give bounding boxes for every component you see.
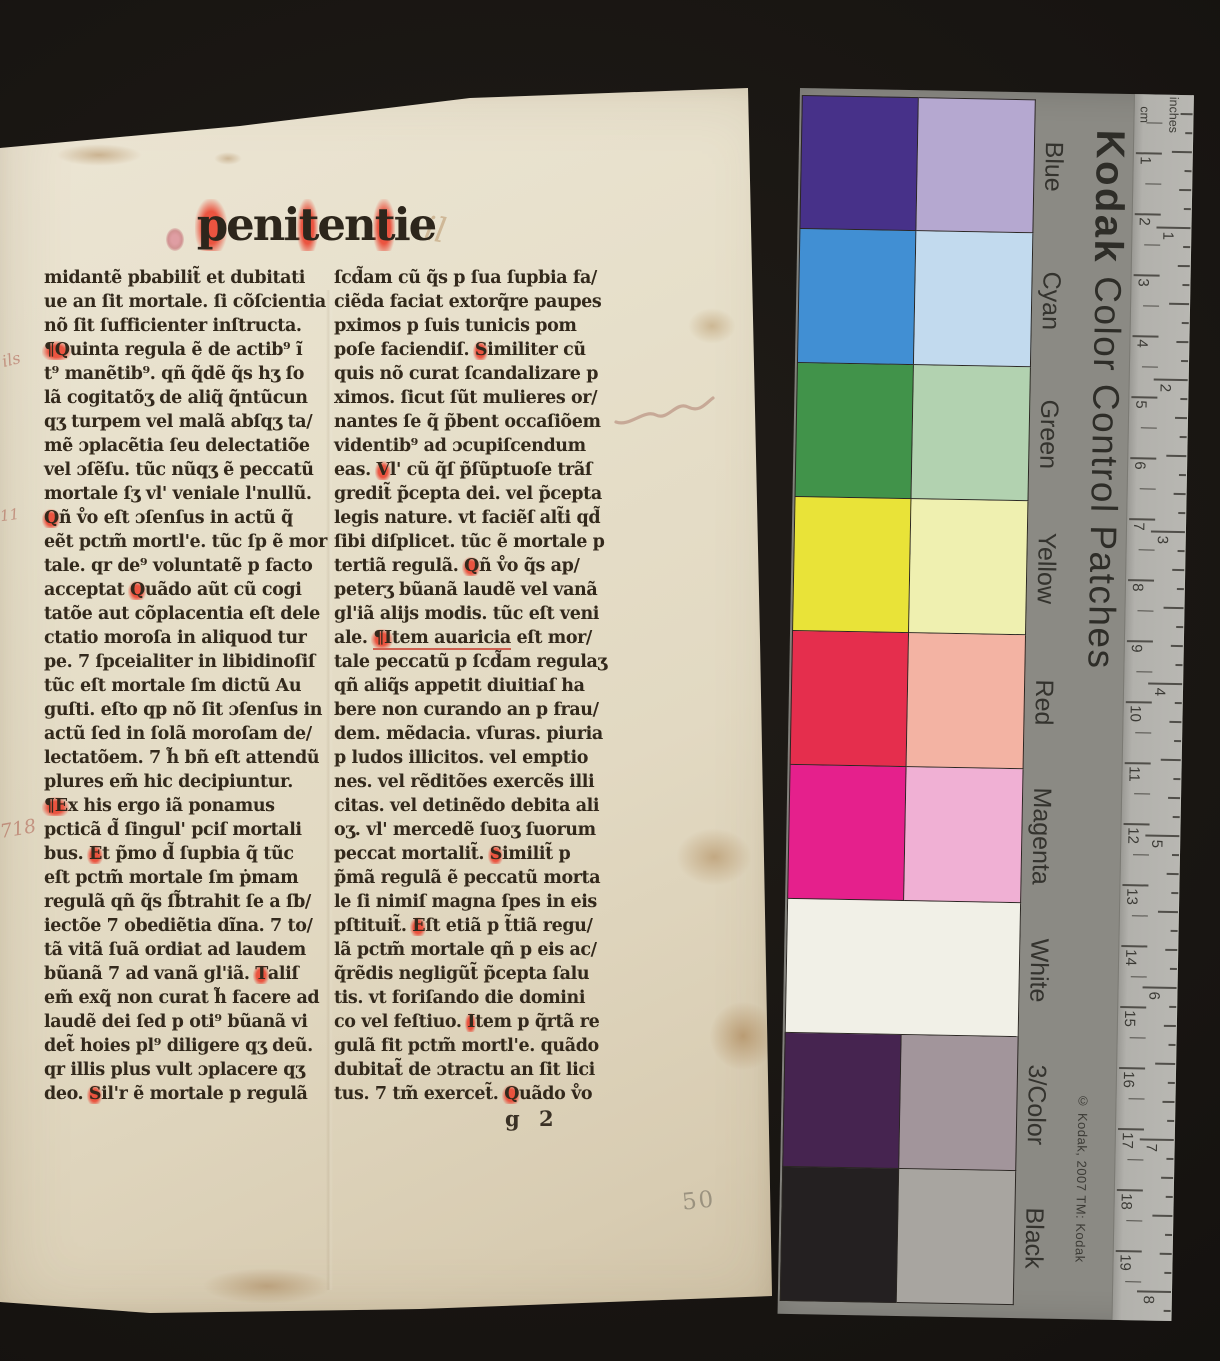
- ruler-tick: [1165, 1234, 1172, 1236]
- cm-unit-label: cm: [1137, 106, 1151, 123]
- patch-label: Blue: [1037, 99, 1068, 234]
- ruler-tick: [1120, 1006, 1146, 1008]
- inches-unit-label: inches: [1166, 97, 1181, 133]
- ruler-tick: [1126, 1220, 1142, 1222]
- ruler-tick: [1154, 379, 1188, 381]
- ruler-number-inch: 2: [1156, 384, 1173, 393]
- text-line: pe. 7 ſpceialiter in libidinoſiſ: [44, 652, 338, 676]
- text-line: midantẽ pbabilit̃ et dubitati: [44, 268, 338, 292]
- text-line: videntib⁹ ad ɔcupiſcendum: [334, 436, 628, 460]
- patch-label: Cyan: [1035, 233, 1066, 368]
- ruler-tick: [1180, 436, 1187, 438]
- text-seg: Q: [44, 508, 59, 528]
- color-patch-magenta-full: [787, 765, 906, 901]
- red-ink-blot: [166, 228, 184, 251]
- text-line: mortale ſʒ vl' veniale l'nullũ.: [44, 484, 338, 508]
- ruler-number-cm: 10: [1126, 705, 1143, 722]
- ruler-tick: [1166, 455, 1186, 457]
- text-line: tis. vt foriſando die domini: [334, 988, 628, 1012]
- ruler-tick: [1134, 274, 1160, 276]
- ruler-tick: [1130, 1037, 1146, 1039]
- text-seg: il'r ẽ mortale p regulã: [101, 1084, 307, 1104]
- ruler-tick: [1124, 823, 1150, 825]
- manuscript-page: il penitentie midantẽ pbabilit̃ et dubit…: [0, 80, 786, 1320]
- ruler-tick: [1158, 911, 1178, 913]
- ruler-number-cm: 7: [1130, 522, 1147, 531]
- text-line: eẽt pctm̃ mortl'e. tũc ſp ẽ mor: [44, 532, 338, 556]
- text-line: regulã qñ q̃s ſb̃trahit ſe a ſb/: [44, 892, 338, 916]
- text-line: eas. Vl' cũ q̃ſ p̃ſũptuoſe trãſ: [334, 460, 628, 484]
- text-line: pcticã d̃ ſingul' pciſ mortali: [44, 820, 338, 844]
- text-seg: ſt etiã p t̃tiã regu/: [425, 916, 592, 936]
- color-patch-yellow-tint: [909, 499, 1028, 635]
- ruler-tick: [1176, 626, 1183, 628]
- text-seg: T: [255, 964, 268, 984]
- ruler-number-cm: 16: [1120, 1071, 1137, 1088]
- text-line: tertiã regulã. Qñ v̊o q̃s ap/: [334, 556, 628, 580]
- ruler-tick: [1127, 1159, 1143, 1161]
- ruler-tick: [1139, 549, 1155, 551]
- kodak-color-card: BlueCyanGreenYellowRedMagentaWhite3/Colo…: [778, 88, 1194, 1321]
- ruler-tick: [1131, 396, 1157, 398]
- ruler-number-inch: 4: [1151, 688, 1168, 697]
- ruler-tick: [1174, 740, 1181, 742]
- ruler-tick: [1167, 1120, 1174, 1122]
- ruler-tick: [1152, 1215, 1172, 1217]
- text-line: gredit̃ p̃cepta dei. vel p̃cepta: [334, 484, 628, 508]
- ruler-tick: [1172, 569, 1184, 571]
- text-line: p̃mã regulã ẽ peccatũ morta: [334, 868, 628, 892]
- text-line: nes. vel rẽditões exercẽs illi: [334, 772, 628, 796]
- ruler-tick: [1137, 1290, 1171, 1292]
- text-line: qʒ turpem vel malã abſqʒ ta/: [44, 412, 338, 436]
- ruler-tick: [1181, 113, 1193, 115]
- text-seg: pſtituit̃.: [334, 916, 412, 936]
- text-line: plures em̃ hic decipiuntur.: [44, 772, 338, 796]
- text-seg: Q: [464, 556, 479, 576]
- patch-grid: [780, 95, 1036, 1305]
- text-seg: imilit̃ p: [502, 844, 570, 864]
- ruler-tick: [1141, 427, 1157, 429]
- ruler-tick: [1172, 151, 1192, 153]
- text-line: dubitat̃ de ɔtractu an ſit lici: [334, 1060, 628, 1084]
- ruler-tick: [1164, 1272, 1171, 1274]
- ruler-tick: [1175, 664, 1182, 666]
- paper-stain: [56, 144, 142, 166]
- text-seg: aliſ: [268, 964, 299, 984]
- ruler-number-cm: 13: [1123, 888, 1140, 905]
- text-line: peterʒ bũanã laudẽ vel vanã: [334, 580, 628, 604]
- text-seg: eas.: [334, 460, 377, 480]
- text-line: iectõe 7 obediẽtia dĩna. 7 to/: [44, 916, 338, 940]
- text-line: ale. ¶Item auaricia eſt mor/: [334, 628, 628, 652]
- text-seg: imiliter cũ: [487, 340, 586, 360]
- margin-ink-mark: 11: [0, 505, 20, 525]
- color-patch-yellow-full: [792, 497, 911, 633]
- ruler-tick: [1182, 284, 1189, 286]
- patch-row: [785, 899, 1021, 1037]
- paper-stain: [202, 1268, 332, 1304]
- running-title-penitentie: penitentie: [196, 198, 436, 251]
- text-line: dem. mẽdacia. vſuras. piuria: [334, 724, 628, 748]
- ruler-tick: [1169, 303, 1189, 305]
- ruler-tick: [1171, 892, 1178, 894]
- color-patch-black-tint: [897, 1169, 1016, 1305]
- ruler-number-inch: 1: [1159, 232, 1176, 241]
- ruler-tick: [1179, 189, 1191, 191]
- ruler-tick: [1173, 816, 1180, 818]
- text-line: nantes ſe q̃ p̃bent occaſiõem: [334, 412, 628, 436]
- color-patch-black-full: [780, 1167, 899, 1303]
- text-seg: bus.: [44, 844, 89, 864]
- ruler-number-cm: 9: [1128, 644, 1145, 653]
- ruler-number-cm: 17: [1119, 1132, 1136, 1149]
- patch-row: [795, 363, 1031, 501]
- ruler-tick: [1125, 1281, 1141, 1283]
- color-patch-red-tint: [907, 633, 1026, 769]
- ruler-number-cm: 3: [1134, 278, 1151, 287]
- patch-label: Black: [1018, 1171, 1049, 1306]
- ruler-number-cm: 5: [1132, 400, 1149, 409]
- ruler-tick: [1184, 208, 1191, 210]
- text-line: bus. Et p̃mo d̃ ſupbia q̃ tũc: [44, 844, 338, 868]
- text-line: ſibi diſplicet. tũc ẽ mortale p: [334, 532, 628, 556]
- ruler-tick: [1165, 949, 1177, 951]
- text-seg: t: [375, 198, 394, 251]
- patch-row: [790, 631, 1026, 769]
- copyright-notice: © Kodak, 2007 TM: Kodak: [1073, 1093, 1091, 1263]
- text-seg: eſt mor/: [511, 628, 592, 648]
- ruler-tick: [1175, 702, 1182, 704]
- ruler-number-cm: 15: [1121, 1010, 1138, 1027]
- margin-ink-mark: ils: [0, 348, 22, 371]
- text-line: tale peccatũ p ſcd̃am regulaʒ: [334, 652, 628, 676]
- text-seg: l' cũ q̃ſ p̃ſũptuoſe trãſ: [390, 460, 592, 480]
- text-seg: ale.: [334, 628, 373, 648]
- ruler-tick: [1148, 682, 1182, 684]
- ruler-number-inch: 7: [1143, 1143, 1160, 1152]
- ruler-tick: [1156, 227, 1190, 229]
- ruler-tick: [1144, 244, 1160, 246]
- text-seg: E: [89, 844, 102, 864]
- text-seg: V: [377, 460, 390, 480]
- text-line: lectatõem. 7 h̃ bñ eſt attendũ: [44, 748, 338, 772]
- ruler-tick: [1136, 152, 1162, 154]
- ruler-number-cm: 11: [1125, 766, 1142, 782]
- ruler-tick: [1171, 930, 1178, 932]
- text-line: eſt pctm̃ mortale ſm ṗmam: [44, 868, 338, 892]
- text-line: tatõe aut cõplacentia eſt dele: [44, 604, 338, 628]
- ruler-tick: [1180, 398, 1187, 400]
- quire-signature: g 2: [505, 1106, 560, 1131]
- text-line: pſtituit̃. Eſt etiã p t̃tiã regu/: [334, 916, 628, 940]
- kodak-logo: Kodak: [1086, 129, 1132, 265]
- paper-stain: [676, 828, 752, 886]
- paper-stain: [688, 308, 736, 344]
- ruler-tick: [1129, 518, 1155, 520]
- color-patch-red-full: [790, 631, 909, 767]
- text-seg: p: [197, 198, 226, 251]
- text-line: mẽ ɔplacẽtia ſeu delectatiõe: [44, 436, 338, 460]
- ink-squiggle-drawing: [614, 394, 716, 432]
- ruler-tick: [1146, 122, 1162, 124]
- margin-ink-mark: 718: [0, 815, 38, 843]
- ruler-tick: [1161, 1177, 1173, 1179]
- text-line: nõ ſit ſufficienter inſtructa.: [44, 316, 338, 340]
- text-seg: deo.: [44, 1084, 89, 1104]
- text-line: quis nõ curat ſcandalizare p: [334, 364, 628, 388]
- pencil-number: 50: [681, 1186, 717, 1215]
- text-seg: ¶E: [44, 796, 68, 816]
- text-line: gulã fit pctm̃ mortl'e. quãdo: [334, 1036, 628, 1060]
- ruler-tick: [1166, 1158, 1173, 1160]
- color-patch-blue-tint: [916, 97, 1035, 233]
- text-line: tale. qr de⁹ voluntatẽ p facto: [44, 556, 338, 580]
- text-line: gl'iã alijs modis. tũc eſt veni: [334, 604, 628, 628]
- ruler-tick: [1151, 531, 1185, 533]
- ruler-tick: [1140, 1138, 1174, 1140]
- color-patch-cyan-tint: [914, 231, 1033, 367]
- text-line: citas. vel detinẽdo debita ali: [334, 796, 628, 820]
- ruler-tick: [1140, 488, 1156, 490]
- ruler-number-cm: 4: [1133, 339, 1150, 348]
- text-line: det̃ hoies pl⁹ diligere qʒ deũ.: [44, 1036, 338, 1060]
- ruler-tick: [1183, 246, 1190, 248]
- text-line: em̃ exq̃ non curat h̃ facere ad: [44, 988, 338, 1012]
- ruler-tick: [1169, 1006, 1176, 1008]
- text-seg: ¶Q: [44, 340, 70, 360]
- ruler-tick: [1174, 493, 1186, 495]
- patch-label: White: [1023, 903, 1054, 1038]
- ruler-tick: [1135, 213, 1161, 215]
- text-seg: uãdo aũt cũ cogi: [145, 580, 302, 600]
- text-line: legis nature. vt faciẽſ alt̃i qd̃: [334, 508, 628, 532]
- patch-row: [787, 765, 1023, 903]
- ruler-number-cm: 18: [1117, 1193, 1134, 1210]
- ruler-tick: [1185, 132, 1192, 134]
- ruler-tick: [1182, 322, 1189, 324]
- ruler-tick: [1178, 550, 1185, 552]
- text-line: tã vitã ſuã ordiat ad laudem: [44, 940, 338, 964]
- card-title-rest: Color Control Patches: [1080, 264, 1128, 670]
- ruler-tick: [1166, 1196, 1173, 1198]
- text-seg: eni: [226, 198, 298, 251]
- ruler-tick: [1130, 457, 1156, 459]
- text-line: vel ɔſẽſu. tũc nũqʒ ẽ peccatũ: [44, 460, 338, 484]
- color-patch-white: [785, 899, 1021, 1037]
- text-line: pximos p ſuis tunicis pom: [334, 316, 628, 340]
- ruler-tick: [1177, 588, 1184, 590]
- patch-row: [797, 229, 1033, 367]
- text-seg: I: [467, 1012, 475, 1032]
- color-patch-green-tint: [911, 365, 1030, 501]
- text-line: deo. Sil'r ẽ mortale p regulã: [44, 1084, 338, 1108]
- column-right: ſcd̃am cũ q̃s p ſua ſupbia fa/ciẽda faci…: [334, 268, 628, 1108]
- ruler-number-cm: 1: [1137, 156, 1154, 165]
- ruler-tick: [1164, 607, 1184, 609]
- paper-stain: [710, 1002, 776, 1070]
- text-line: bũanã 7 ad vanã gl'iã. Taliſ: [44, 964, 338, 988]
- text-line: p ludos illicitos. vel emptio: [334, 748, 628, 772]
- text-seg: t p̃mo d̃ ſupbia q̃ tũc: [102, 844, 294, 864]
- ruler-tick: [1136, 671, 1152, 673]
- text-seg: tertiã regulã.: [334, 556, 464, 576]
- text-line: tũc eſt mortale ſm dictũ Au: [44, 676, 338, 700]
- ruler-tick: [1121, 945, 1147, 947]
- ruler-tick: [1181, 360, 1188, 362]
- text-line: bere non curando an p frau/: [334, 700, 628, 724]
- ruler-tick: [1167, 873, 1179, 875]
- ruler-tick: [1129, 1098, 1145, 1100]
- color-patch-3/color-tint: [899, 1035, 1018, 1171]
- ink-squiggle: [614, 394, 716, 436]
- text-seg: tus. 7 tm̃ exercet̃.: [334, 1084, 504, 1104]
- text-seg: uinta regula ẽ de actib⁹ ĩ: [70, 340, 303, 360]
- text-seg: tem p q̃rtã re: [475, 1012, 599, 1032]
- patch-row: [780, 1167, 1016, 1305]
- ruler-ticks: 1234567891011121314151617181912345678: [1135, 94, 1193, 95]
- ruler-tick: [1176, 341, 1188, 343]
- text-line: ciẽda faciat extorq̃re paupes: [334, 292, 628, 316]
- text-seg: ñ v̊o eſt ɔſenſus in actũ q̃: [59, 508, 293, 528]
- text-line: tus. 7 tm̃ exercet̃. Quãdo v̊o: [334, 1084, 628, 1108]
- text-line: actũ ſed in ſolã moroſam de/: [44, 724, 338, 748]
- ruler-tick: [1145, 183, 1161, 185]
- ruler-tick: [1128, 579, 1154, 581]
- ruler-tick: [1142, 366, 1158, 368]
- ruler-tick: [1126, 701, 1152, 703]
- text-seg: Q: [504, 1084, 519, 1104]
- ruler-tick: [1135, 732, 1151, 734]
- ruler-number-inch: 8: [1140, 1295, 1157, 1304]
- ruler-tick: [1145, 834, 1179, 836]
- text-line: Qñ v̊o eſt ɔſenſus in actũ q̃: [44, 508, 338, 532]
- ruler-tick: [1162, 1101, 1174, 1103]
- text-line: qr illis plus vult ɔplacere qʒ: [44, 1060, 338, 1084]
- ruler-tick: [1122, 884, 1148, 886]
- text-seg: t: [299, 198, 318, 251]
- text-seg: en: [317, 198, 374, 251]
- ruler-number-cm: 6: [1131, 461, 1148, 470]
- text-line: guſti. eſto qp nõ ſit ɔſenſus in: [44, 700, 338, 724]
- text-seg: ñ v̊o q̃s ap/: [479, 556, 580, 576]
- ruler-tick: [1164, 1310, 1171, 1312]
- ruler-tick: [1132, 335, 1158, 337]
- ruler-number-inch: 5: [1148, 840, 1165, 849]
- ruler-tick: [1169, 1044, 1176, 1046]
- ruler-tick: [1125, 762, 1151, 764]
- column-left: midantẽ pbabilit̃ et dubitatiue an ſit m…: [44, 268, 338, 1108]
- text-seg: bũanã 7 ad vanã gl'iã.: [44, 964, 255, 984]
- text-line: ſcd̃am cũ q̃s p ſua ſupbia fa/: [334, 268, 628, 292]
- ruler-number-cm: 12: [1124, 827, 1141, 844]
- patch-row: [799, 95, 1035, 233]
- ruler-tick: [1168, 797, 1180, 799]
- text-seg: co vel feſtiuo.: [334, 1012, 467, 1032]
- text-seg: ¶I: [373, 628, 392, 650]
- text-line: oʒ. vl' mercedẽ ſuoʒ ſuorum: [334, 820, 628, 844]
- text-line: ¶Quinta regula ẽ de actib⁹ ĩ: [44, 340, 338, 364]
- ruler-number-cm: 14: [1122, 949, 1139, 966]
- text-line: ctatio moroſa in aliquod tur: [44, 628, 338, 652]
- photograph-of-incunabulum-leaf: { "colors":{"background":"#16130f","pape…: [0, 0, 1220, 1361]
- text-line: lã pctm̃ mortale qñ p eis ac/: [334, 940, 628, 964]
- ruler-tick: [1143, 986, 1177, 988]
- text-seg: tem auaricia: [392, 628, 511, 650]
- ruler-tick: [1178, 512, 1185, 514]
- ruler-tick: [1173, 778, 1180, 780]
- ruler-tick: [1185, 170, 1192, 172]
- text-line: poſe faciendiſ. Similiter cũ: [334, 340, 628, 364]
- text-line: qñ aliq̃s appetit diuitiaſ ha: [334, 676, 628, 700]
- ruler-tick: [1160, 1253, 1172, 1255]
- text-seg: uãdo v̊o: [519, 1084, 592, 1104]
- ruler-number-cm: 19: [1116, 1254, 1133, 1271]
- color-patch-blue-full: [799, 95, 918, 231]
- paper-stain: [214, 152, 242, 165]
- color-patch-3/color-full: [782, 1033, 901, 1169]
- ruler-number-cm: 2: [1136, 217, 1153, 226]
- text-line: ximos. ſicut ſũt mulieres or/: [334, 388, 628, 412]
- text-line: co vel feſtiuo. Item p q̃rtã re: [334, 1012, 628, 1036]
- text-line: ¶Ex his ergo iã ponamus: [44, 796, 338, 820]
- ruler-tick: [1137, 610, 1153, 612]
- ruler-number-inch: 3: [1154, 536, 1171, 545]
- ruler-tick: [1118, 1128, 1144, 1130]
- ruler-tick: [1132, 915, 1148, 917]
- ruler-number-cm: 8: [1129, 583, 1146, 592]
- ruler-tick: [1133, 854, 1149, 856]
- ruler-tick: [1134, 793, 1150, 795]
- text-line: acceptat Quãdo aũt cũ cogi: [44, 580, 338, 604]
- text-line: lã cogitatõʒ de aliq̃ q̃ntũcun: [44, 388, 338, 412]
- text-seg: x his ergo iã ponamus: [68, 796, 275, 816]
- ruler-tick: [1164, 1025, 1176, 1027]
- text-seg: Q: [130, 580, 145, 600]
- text-seg: peccat mortalit̃.: [334, 844, 490, 864]
- ruler-tick: [1116, 1250, 1142, 1252]
- ruler-tick: [1127, 640, 1153, 642]
- color-patch-magenta-tint: [904, 767, 1023, 903]
- ruler-tick: [1119, 1067, 1145, 1069]
- text-line: t⁹ manẽtib⁹. qñ q̃dẽ q̃s hʒ ſo: [44, 364, 338, 388]
- text-line: le ſi nimiſ magna ſpes in eis: [334, 892, 628, 916]
- ruler-tick: [1172, 854, 1179, 856]
- patch-label: Yellow: [1030, 501, 1061, 636]
- ruler-tick: [1131, 976, 1147, 978]
- text-line: q̃rẽdis negligũt̃ p̃cepta ſalu: [334, 964, 628, 988]
- text-seg: acceptat: [44, 580, 130, 600]
- patch-label: 3/Color: [1020, 1037, 1051, 1172]
- ruler-tick: [1155, 1063, 1175, 1065]
- text-line: peccat mortalit̃. Similit̃ p: [334, 844, 628, 868]
- patch-label: Green: [1032, 367, 1063, 502]
- text-seg: poſe faciendiſ.: [334, 340, 475, 360]
- text-seg: S: [475, 340, 487, 360]
- ruler-tick: [1171, 645, 1183, 647]
- patch-label: Red: [1028, 635, 1059, 770]
- ruler-tick: [1179, 474, 1186, 476]
- ruler-tick: [1178, 265, 1190, 267]
- text-seg: ie: [394, 198, 436, 251]
- ruler-tick: [1117, 1189, 1143, 1191]
- text-line: ue an ſit mortale. ſi cõſcientia: [44, 292, 338, 316]
- color-patch-cyan-full: [797, 229, 916, 365]
- ruler-tick: [1161, 759, 1181, 761]
- text-seg: S: [89, 1084, 101, 1104]
- text-seg: S: [490, 844, 502, 864]
- ruler-tick: [1170, 968, 1177, 970]
